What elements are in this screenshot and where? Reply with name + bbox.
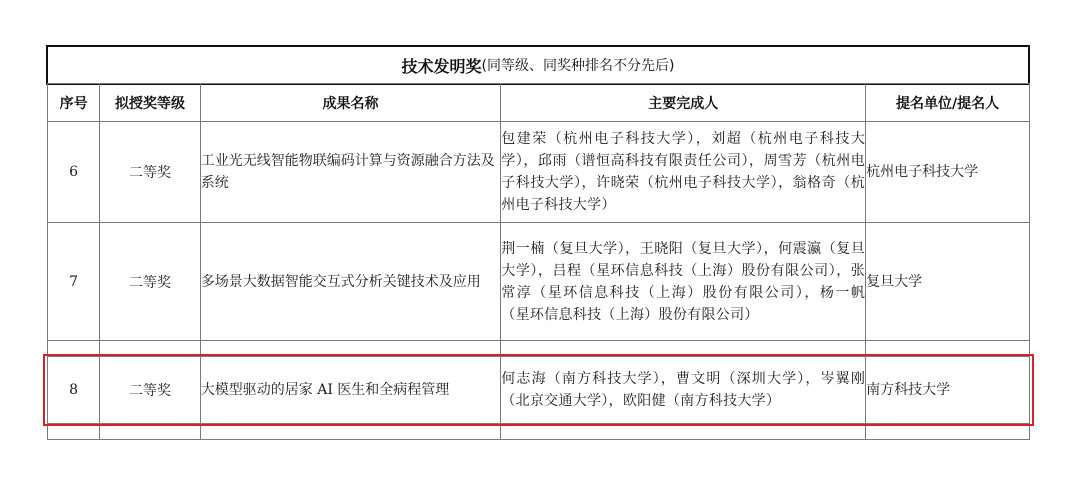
cell-nominator: 复旦大学 (866, 223, 1030, 341)
table-row: 7 二等奖 多场景大数据智能交互式分析关键技术及应用 荆一楠（复旦大学），王晓阳… (48, 223, 1030, 341)
cell-level: 二等奖 (100, 223, 201, 341)
awards-table: 序号 拟授奖等级 成果名称 主要完成人 提名单位/提名人 6 二等奖 工业光无线… (47, 83, 1030, 440)
spacer-row (48, 424, 1030, 440)
title-main: 技术发明奖 (402, 54, 482, 77)
cell-level: 二等奖 (100, 122, 201, 223)
header-people: 主要完成人 (501, 84, 866, 122)
cell-nominator: 杭州电子科技大学 (866, 122, 1030, 223)
cell-people: 何志海（南方科技大学），曹文明（深圳大学），岑翼刚（北京交通大学），欧阳健（南方… (501, 357, 866, 424)
table-row-highlighted: 8 二等奖 大模型驱动的居家 AI 医生和全病程管理 何志海（南方科技大学），曹… (48, 357, 1030, 424)
header-name: 成果名称 (200, 84, 501, 122)
cell-name: 多场景大数据智能交互式分析关键技术及应用 (200, 223, 501, 341)
cell-no: 6 (48, 122, 100, 223)
table-title: 技术发明奖(同等级、同奖种排名不分先后) (46, 45, 1030, 85)
spacer-row (48, 341, 1030, 357)
cell-no: 7 (48, 223, 100, 341)
cell-level: 二等奖 (100, 357, 201, 424)
header-nominator: 提名单位/提名人 (866, 84, 1030, 122)
cell-name: 工业光无线智能物联编码计算与资源融合方法及系统 (200, 122, 501, 223)
cell-people: 包建荣（杭州电子科技大学），刘超（杭州电子科技大学），邱雨（谱恒高科技有限责任公… (501, 122, 866, 223)
table-row: 6 二等奖 工业光无线智能物联编码计算与资源融合方法及系统 包建荣（杭州电子科技… (48, 122, 1030, 223)
header-no: 序号 (48, 84, 100, 122)
cell-no: 8 (48, 357, 100, 424)
document-page: 技术发明奖(同等级、同奖种排名不分先后) 序号 拟授奖等级 成果名称 主要完成人… (0, 0, 1080, 485)
cell-nominator: 南方科技大学 (866, 357, 1030, 424)
cell-people: 荆一楠（复旦大学），王晓阳（复旦大学），何震瀛（复旦大学），吕程（星环信息科技（… (501, 223, 866, 341)
header-row: 序号 拟授奖等级 成果名称 主要完成人 提名单位/提名人 (48, 84, 1030, 122)
header-level: 拟授奖等级 (100, 84, 201, 122)
cell-name: 大模型驱动的居家 AI 医生和全病程管理 (200, 357, 501, 424)
title-subtitle: (同等级、同奖种排名不分先后) (482, 55, 675, 75)
